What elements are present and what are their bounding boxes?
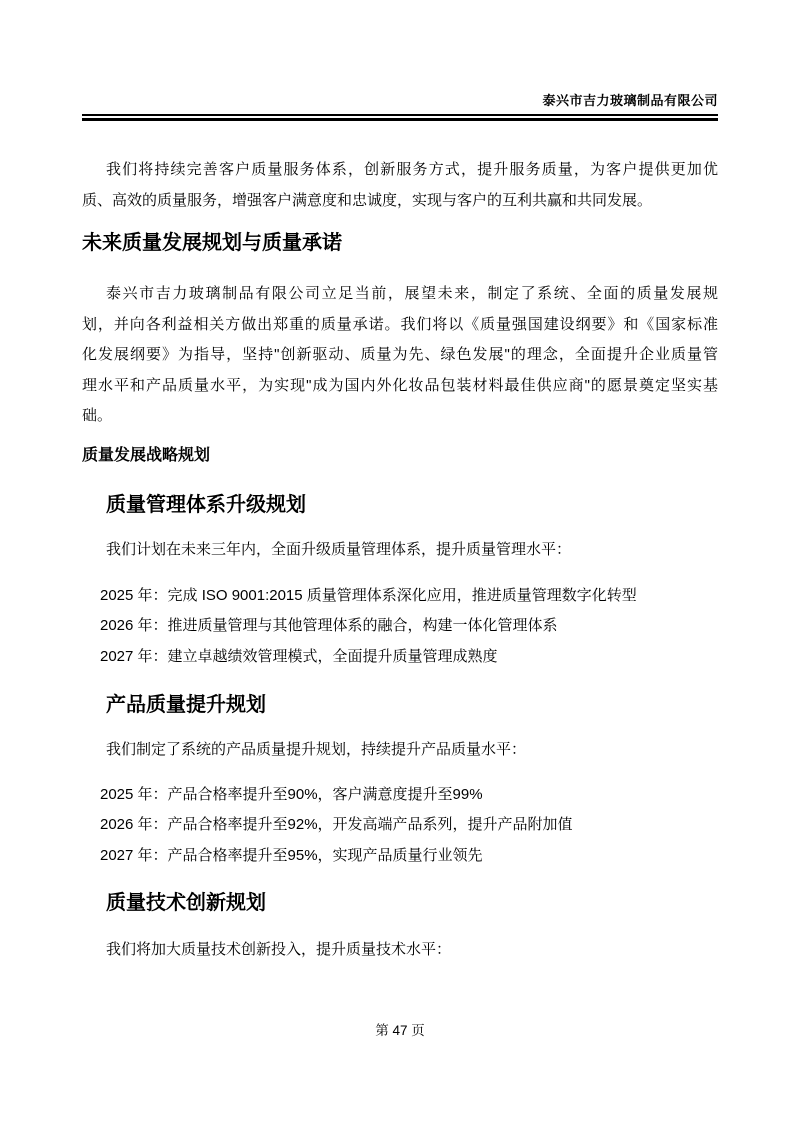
- plan-title-quality-system: 质量管理体系升级规划: [82, 492, 718, 518]
- page-number: 第 47 页: [0, 1023, 800, 1039]
- paragraph-line: 泰兴市吉力玻璃制品有限公司立足当前，展望未来，制定了系统、全面的质量发展规: [82, 279, 718, 310]
- section-paragraph: 泰兴市吉力玻璃制品有限公司立足当前，展望未来，制定了系统、全面的质量发展规 划，…: [82, 279, 718, 432]
- paragraph-line: 我们将持续完善客户质量服务体系，创新服务方式，提升服务质量，为客户提供更加优: [82, 155, 718, 186]
- header-double-rule: [82, 114, 718, 121]
- plan-intro: 我们计划在未来三年内，全面升级质量管理体系，提升质量管理水平：: [82, 539, 718, 561]
- plan-year-item: 2027 年：产品合格率提升至95%，实现产品质量行业领先: [100, 841, 718, 871]
- plan-year-item: 2026 年：推进质量管理与其他管理体系的融合，构建一体化管理体系: [100, 611, 718, 641]
- paragraph-line: 础。: [82, 401, 718, 432]
- paragraph-line: 理水平和产品质量水平，为实现"成为国内外化妆品包装材料最佳供应商"的愿景奠定坚实…: [82, 371, 718, 402]
- paragraph-line: 质、高效的质量服务，增强客户满意度和忠诚度，实现与客户的互利共赢和共同发展。: [82, 186, 718, 217]
- plan-title-product-quality: 产品质量提升规划: [82, 692, 718, 718]
- plan-year-item: 2025 年：产品合格率提升至90%，客户满意度提升至99%: [100, 780, 718, 810]
- plan-year-item: 2025 年：完成 ISO 9001:2015 质量管理体系深化应用，推进质量管…: [100, 581, 718, 611]
- strategy-plan-label: 质量发展战略规划: [82, 445, 718, 467]
- document-page: 泰兴市吉力玻璃制品有限公司 我们将持续完善客户质量服务体系，创新服务方式，提升服…: [0, 0, 800, 1131]
- plan-year-list: 2025 年：完成 ISO 9001:2015 质量管理体系深化应用，推进质量管…: [82, 581, 718, 672]
- header-company-name: 泰兴市吉力玻璃制品有限公司: [82, 93, 718, 109]
- paragraph-line: 化发展纲要》为指导，坚持"创新驱动、质量为先、绿色发展"的理念，全面提升企业质量…: [82, 340, 718, 371]
- section-title: 未来质量发展规划与质量承诺: [82, 230, 718, 256]
- intro-paragraph: 我们将持续完善客户质量服务体系，创新服务方式，提升服务质量，为客户提供更加优 质…: [82, 155, 718, 216]
- plan-year-list: 2025 年：产品合格率提升至90%，客户满意度提升至99% 2026 年：产品…: [82, 780, 718, 871]
- plan-year-item: 2027 年：建立卓越绩效管理模式，全面提升质量管理成熟度: [100, 642, 718, 672]
- plan-title-tech-innovation: 质量技术创新规划: [82, 890, 718, 916]
- plan-intro: 我们制定了系统的产品质量提升规划，持续提升产品质量水平：: [82, 739, 718, 761]
- paragraph-line: 划，并向各利益相关方做出郑重的质量承诺。我们将以《质量强国建设纲要》和《国家标准: [82, 310, 718, 341]
- plan-intro: 我们将加大质量技术创新投入，提升质量技术水平：: [82, 939, 718, 961]
- plan-year-item: 2026 年：产品合格率提升至92%，开发高端产品系列，提升产品附加值: [100, 810, 718, 840]
